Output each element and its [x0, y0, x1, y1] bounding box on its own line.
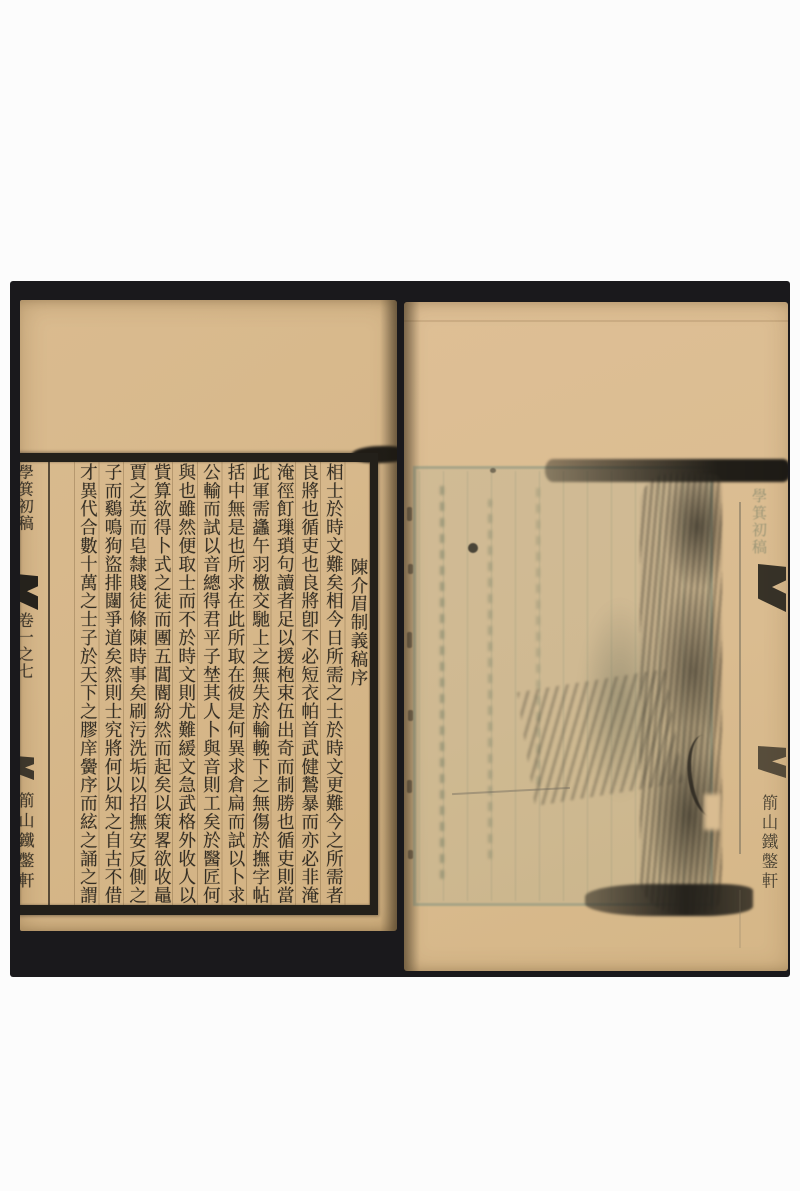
ghost-text-trace [440, 479, 444, 879]
scan-canvas: 學箕初稿 卷一之七 箾山鐵鐅軒 陳介眉制義稿序 相士於時文難矣相今日所需之士於時… [0, 0, 800, 1191]
fishtail-ornament-icon [758, 746, 786, 778]
ink-dot [468, 543, 478, 553]
paper-gap-highlight [704, 794, 721, 830]
banxin-center-rule [739, 890, 741, 948]
banxin-strip: 學箕初稿 卷一之七 箾山鐵鐅軒 [20, 462, 48, 905]
paper-crease [404, 320, 788, 322]
right-page: 學箕初稿 箾山鐵鐅軒 [404, 302, 788, 971]
text-column-6: 公輸而試以音總得君平子埜其人卜與音則工矣於醫匠何 [198, 463, 223, 905]
text-column-4: 此軍需蠭午羽檄交馳上之無失於輸輓下之無傷於撫字帖 [247, 463, 272, 905]
text-block-frame: 學箕初稿 卷一之七 箾山鐵鐅軒 陳介眉制義稿序 相士於時文難矣相今日所需之士於時… [20, 453, 378, 915]
banxin-studio-colophon: 箾山鐵鐅軒 [757, 794, 779, 892]
text-columns: 陳介眉制義稿序 相士於時文難矣相今日所需之士於時文更難今之所需者良將也循吏也良將… [50, 462, 370, 905]
banxin-book-title: 學箕初稿 [20, 464, 38, 532]
fishtail-ornament-icon [758, 564, 786, 612]
text-column-3: 淹徑飣璅瑣句讀者足以援枹束伍出奇而制勝也循吏則當 [272, 463, 297, 905]
text-column-11: 才異代合數十萬之士子於天下之膠庠黌序而絃之誦之謂 [75, 463, 100, 905]
text-column-10: 子而鷄鳴狗盜排闥爭道矣然則士究將何以知之自古不借 [99, 463, 124, 905]
text-column-7: 與也雖然便取士而不於時文則尤難緩文急武格外收人以 [173, 463, 198, 905]
text-column-1: 相士於時文難矣相今日所需之士於時文更難今之所需者 [321, 463, 346, 905]
text-column-2: 良將也循吏也良將卽不必短衣帕首武健鷙暴而亦必非淹 [296, 463, 321, 905]
preface-title-column: 陳介眉制義稿序 [345, 462, 370, 687]
ghost-text-trace [488, 499, 492, 859]
fishtail-ornament-icon [20, 574, 38, 610]
ink-speck [490, 468, 496, 473]
banxin-center-rule [739, 502, 741, 854]
left-page: 學箕初稿 卷一之七 箾山鐵鐅軒 陳介眉制義稿序 相士於時文難矣相今日所需之士於時… [20, 300, 397, 931]
spine-shadow-right [404, 302, 420, 971]
banxin-volume-label: 卷一之七 [20, 612, 38, 680]
ink-brush-streaks [517, 669, 683, 806]
banxin-studio-colophon: 箾山鐵鐅軒 [20, 792, 38, 892]
fishtail-ornament-icon [20, 756, 34, 780]
ink-smudge-bottom [585, 884, 753, 916]
text-column-9: 賈之英而皂隸賤徒條陳時事矣刷污洗垢以招撫安反側之 [124, 463, 149, 905]
text-column-8: 貲算欲得卜式之徒而團五閶閽紛然而起矣以策畧欲收鼂 [149, 463, 174, 905]
banxin-book-title-faint: 學箕初稿 [748, 488, 770, 556]
spine-shadow-left [380, 300, 397, 931]
text-column-5: 括中無是也所求在此所取在彼是何異求倉扁而試以卜求 [222, 463, 247, 905]
